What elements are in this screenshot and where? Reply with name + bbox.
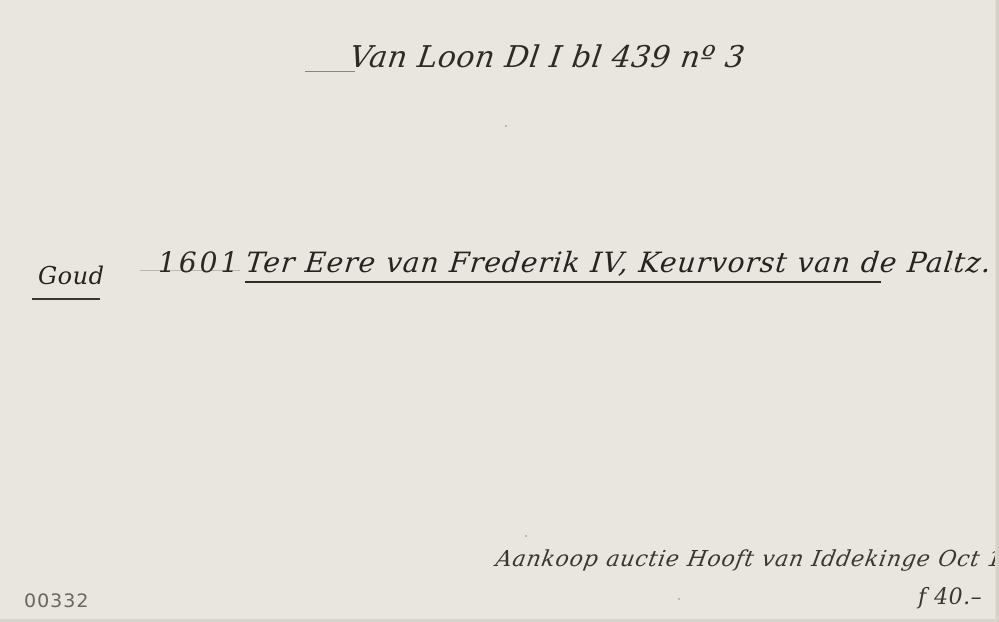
medal-year: 1601 [158, 246, 241, 279]
metal-label: Goud [38, 262, 104, 290]
paper-speck [505, 125, 507, 127]
inventory-number: 00332 [24, 590, 89, 612]
metal-underline [32, 298, 100, 300]
acquisition-note: Aankoop auctie Hooft van Iddekinge Oct 1… [494, 547, 999, 572]
acquisition-price: f 40.– [918, 585, 982, 610]
paper-speck [525, 535, 527, 537]
title-underline [245, 281, 881, 283]
medal-title: Ter Eere van Frederik IV, Keurvorst van … [244, 246, 993, 279]
catalogue-card: Van Loon Dl I bl 439 nº 3 Goud 1601 Ter … [0, 0, 999, 622]
paper-speck [950, 268, 952, 270]
catalogue-reference: Van Loon Dl I bl 439 nº 3 [348, 40, 748, 75]
paper-speck [678, 598, 680, 600]
